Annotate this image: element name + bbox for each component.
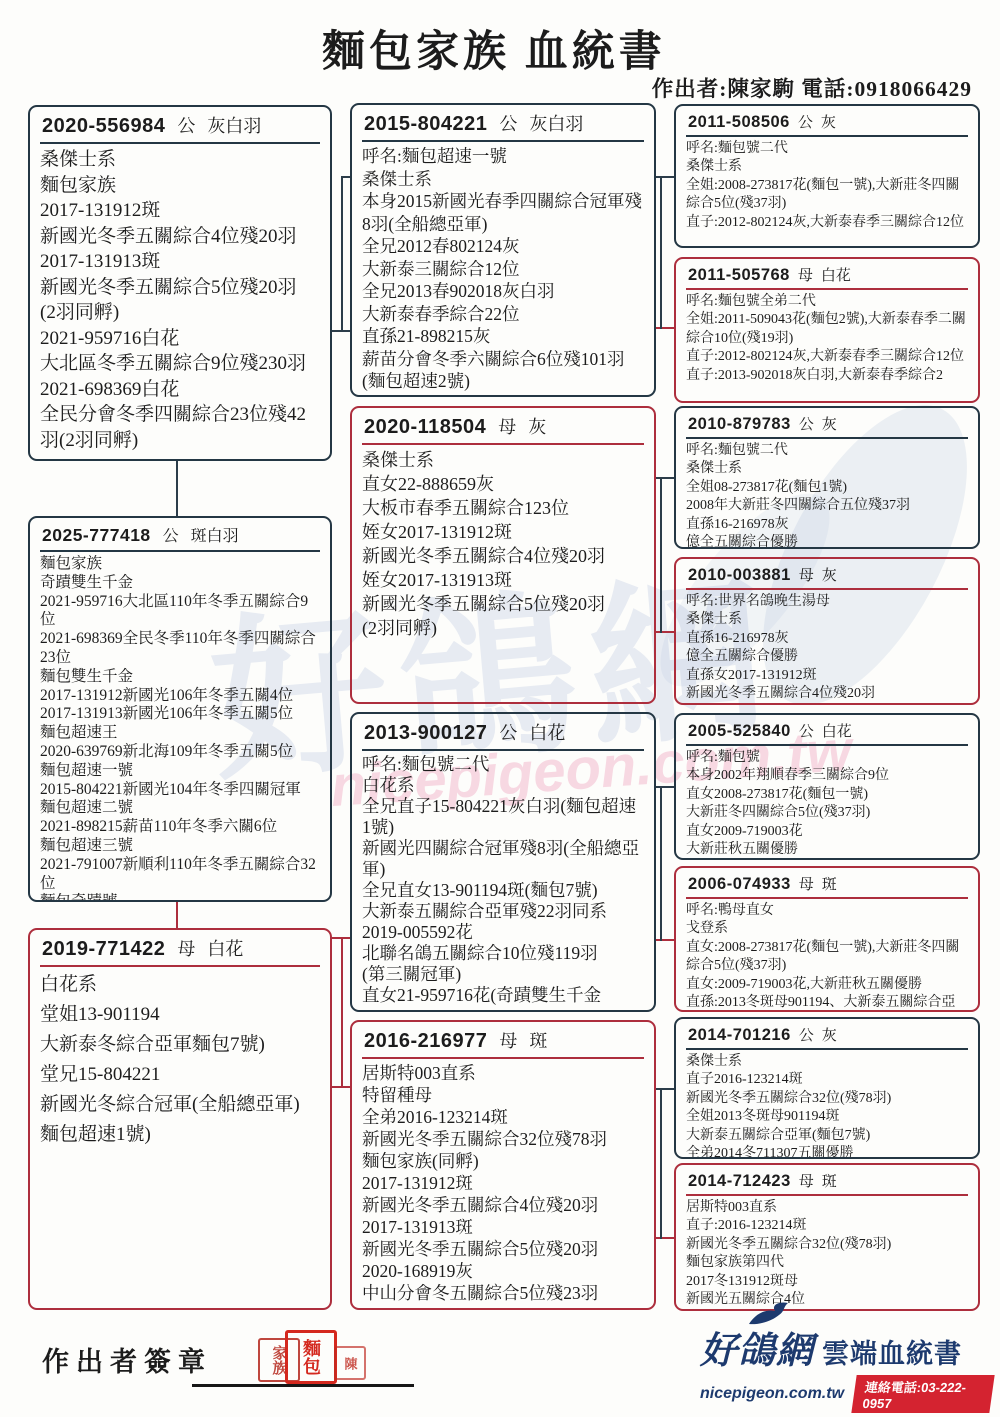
ring-number: 2015-804221 bbox=[364, 113, 487, 136]
ring-number: 2016-216977 bbox=[364, 1030, 487, 1053]
ring-number: 2010-003881 bbox=[688, 566, 791, 585]
sex-label: 公 bbox=[799, 1024, 814, 1045]
sex-label: 母 bbox=[798, 264, 813, 285]
connector-line bbox=[176, 902, 178, 928]
box-header: 2006-074933 母 斑 bbox=[686, 872, 968, 899]
ring-number: 2020-118504 bbox=[364, 416, 486, 439]
box-header: 2010-003881 母 灰 bbox=[686, 563, 968, 590]
ring-number: 2011-505768 bbox=[688, 266, 790, 285]
box-body: 麵包家族 奇蹟雙生千金 2021-959716大北區110年冬季五關綜合9位 2… bbox=[40, 552, 320, 902]
signature-line bbox=[192, 1384, 414, 1387]
feather-color-label: 灰 bbox=[528, 413, 546, 439]
feather-color-label: 白花 bbox=[821, 264, 851, 285]
feather-color-label: 斑 bbox=[822, 873, 837, 894]
box-header: 2011-505768 母 白花 bbox=[686, 263, 968, 290]
connector-line bbox=[176, 461, 178, 516]
family-seal-right: 麵包 bbox=[285, 1330, 337, 1384]
ring-number: 2025-777418 bbox=[42, 525, 151, 546]
box-body: 桑傑士系 麵包家族 2017-131912斑 新國光冬季五關綜合4位殘20羽 2… bbox=[40, 144, 320, 453]
box-header: 2005-525840 公 白花 bbox=[686, 719, 968, 746]
box-body: 呼名:鴨母直女 戈登系 直女:2008-273817花(麵包一號),大新莊冬四關… bbox=[686, 899, 968, 1012]
feather-color-label: 白花 bbox=[207, 935, 243, 961]
box-header: 2025-777418 公 斑白羽 bbox=[40, 522, 320, 552]
box-header: 2015-804221 公 灰白羽 bbox=[362, 109, 644, 142]
ring-number: 2005-525840 bbox=[688, 722, 791, 741]
feather-color-label: 灰白羽 bbox=[529, 110, 583, 136]
pedigree-box-2010-879783: 2010-879783 公 灰 呼名:麵包號二代 桑傑士系 全姐08-27381… bbox=[674, 406, 980, 549]
name-seal: 陳 bbox=[334, 1346, 366, 1380]
author-line: 作出者:陳家駒 電話:0918066429 bbox=[652, 72, 972, 103]
sex-label: 母 bbox=[499, 1027, 517, 1053]
box-body: 桑傑士系 直女22-888659灰 大板市春季五關綜合123位 姪女2017-1… bbox=[362, 445, 644, 640]
ring-number: 2010-879783 bbox=[688, 415, 791, 434]
pedigree-box-2014-712423: 2014-712423 母 斑 居斯特003直系 直子:2016-123214斑… bbox=[674, 1163, 980, 1311]
feather-color-label: 灰 bbox=[821, 111, 836, 132]
sex-label: 公 bbox=[163, 523, 179, 546]
pedigree-box-2020-118504: 2020-118504 母 灰 桑傑士系 直女22-888659灰 大板市春季五… bbox=[350, 406, 656, 704]
logo-brand-text: 好鴿網 bbox=[700, 1320, 814, 1374]
sex-label: 公 bbox=[499, 719, 517, 745]
sex-label: 母 bbox=[799, 564, 814, 585]
pedigree-box-2006-074933: 2006-074933 母 斑 呼名:鴨母直女 戈登系 直女:2008-2738… bbox=[674, 866, 980, 1012]
box-header: 2014-701216 公 灰 bbox=[686, 1023, 968, 1050]
box-header: 2019-771422 母 白花 bbox=[40, 934, 320, 967]
feather-color-label: 灰白羽 bbox=[207, 112, 261, 138]
box-body: 桑傑士系 直子2016-123214斑 新國光冬季五關綜合32位(殘78羽) 全… bbox=[686, 1050, 968, 1159]
pedigree-box-2025-777418: 2025-777418 公 斑白羽 麵包家族 奇蹟雙生千金 2021-95971… bbox=[28, 516, 332, 902]
pedigree-box-2005-525840: 2005-525840 公 白花 呼名:麵包號 本身2002年翔順春季三關綜合9… bbox=[674, 713, 980, 860]
box-body: 呼名:麵包號全弟二代 全姐:2011-509043花(麵包2號),大新泰春季二關… bbox=[686, 290, 968, 385]
connector-line bbox=[656, 477, 674, 479]
pedigree-document: 好鴿網 nicepigeon.com.tw 麵包家族 血統書 作出者:陳家駒 電… bbox=[0, 0, 1000, 1417]
connector-line bbox=[341, 937, 343, 1088]
pedigree-box-2019-771422: 2019-771422 母 白花 白花系 堂姐13-901194 大新泰冬綜合亞… bbox=[28, 928, 332, 1310]
connector-line bbox=[341, 176, 343, 332]
sex-label: 母 bbox=[799, 873, 814, 894]
connector-line bbox=[656, 631, 674, 633]
box-header: 2020-556984 公 灰白羽 bbox=[40, 111, 320, 144]
brand-logo: 好鴿網 雲端血統書 nicepigeon.com.tw 連絡電話:03-222-… bbox=[700, 1320, 992, 1413]
feather-color-label: 灰 bbox=[822, 564, 837, 585]
connector-line bbox=[660, 477, 662, 633]
page-title: 麵包家族 血統書 bbox=[322, 18, 666, 79]
ring-number: 2014-712423 bbox=[688, 1172, 791, 1191]
connector-line bbox=[660, 786, 662, 941]
connector-line bbox=[656, 1237, 674, 1239]
ring-number: 2020-556984 bbox=[42, 115, 165, 138]
connector-line bbox=[656, 327, 674, 329]
feather-color-label: 白花 bbox=[529, 719, 565, 745]
logo-url-text: nicepigeon.com.tw bbox=[700, 1385, 844, 1403]
connector-line bbox=[656, 786, 674, 788]
ring-number: 2019-771422 bbox=[42, 938, 165, 961]
ring-number: 2013-900127 bbox=[364, 722, 487, 745]
sex-label: 母 bbox=[177, 935, 195, 961]
sex-label: 公 bbox=[177, 112, 195, 138]
box-header: 2016-216977 母 斑 bbox=[362, 1026, 644, 1059]
connector-line bbox=[656, 1088, 674, 1090]
box-body: 白花系 堂姐13-901194 大新泰冬綜合亞軍麵包7號) 堂兄15-80422… bbox=[40, 967, 320, 1150]
sex-label: 母 bbox=[799, 1170, 814, 1191]
sex-label: 公 bbox=[499, 110, 517, 136]
connector-line bbox=[660, 1088, 662, 1239]
pedigree-box-2015-804221: 2015-804221 公 灰白羽 呼名:麵包超速一號 桑傑士系 本身2015新… bbox=[350, 103, 656, 397]
pedigree-box-2016-216977: 2016-216977 母 斑 居斯特003直系 特留種母 全弟2016-123… bbox=[350, 1020, 656, 1310]
box-body: 呼名:麵包號 本身2002年翔順春季三關綜合9位 直女2008-273817花(… bbox=[686, 746, 968, 859]
box-body: 居斯特003直系 直子:2016-123214斑 新國光冬季五關綜合32位(殘7… bbox=[686, 1196, 968, 1309]
box-body: 呼名:世界名鴿晚生湯母 桑傑士系 直孫16-216978灰 億全五關綜合優勝 直… bbox=[686, 590, 968, 703]
feather-color-label: 斑白羽 bbox=[191, 523, 239, 546]
box-header: 2020-118504 母 灰 bbox=[362, 412, 644, 445]
sex-label: 母 bbox=[498, 413, 516, 439]
sex-label: 公 bbox=[799, 413, 814, 434]
pedigree-box-2011-508506: 2011-508506 公 灰 呼名:麵包號二代 桑傑士系 全姐:2008-27… bbox=[674, 104, 980, 248]
connector-line bbox=[656, 939, 674, 941]
box-body: 呼名:麵包號二代 桑傑士系 全姐:2008-273817花(麵包一號),大新莊冬… bbox=[686, 137, 968, 232]
connector-line bbox=[656, 176, 674, 178]
box-header: 2014-712423 母 斑 bbox=[686, 1169, 968, 1196]
box-body: 呼名:麵包號二代 桑傑士系 全姐08-273817花(麵包1號) 2008年大新… bbox=[686, 439, 968, 549]
feather-color-label: 斑 bbox=[822, 1170, 837, 1191]
feather-color-label: 白花 bbox=[822, 720, 852, 741]
logo-product-text: 雲端血統書 bbox=[822, 1332, 962, 1371]
feather-color-label: 斑 bbox=[529, 1027, 547, 1053]
box-body: 呼名:麵包號二代 白花系 全兄直子15-804221灰白羽(麵包超速1號) 新國… bbox=[362, 751, 644, 1006]
ring-number: 2014-701216 bbox=[688, 1026, 791, 1045]
pedigree-box-2014-701216: 2014-701216 公 灰 桑傑士系 直子2016-123214斑 新國光冬… bbox=[674, 1017, 980, 1159]
signature-label: 作出者簽章 bbox=[42, 1340, 212, 1379]
feather-color-label: 灰 bbox=[822, 413, 837, 434]
pedigree-box-2020-556984: 2020-556984 公 灰白羽 桑傑士系 麵包家族 2017-131912斑… bbox=[28, 105, 332, 461]
pedigree-box-2011-505768: 2011-505768 母 白花 呼名:麵包號全弟二代 全姐:2011-5090… bbox=[674, 257, 980, 403]
pedigree-box-2013-900127: 2013-900127 公 白花 呼名:麵包號二代 白花系 全兄直子15-804… bbox=[350, 712, 656, 1012]
ring-number: 2006-074933 bbox=[688, 875, 791, 894]
pedigree-box-2010-003881: 2010-003881 母 灰 呼名:世界名鴿晚生湯母 桑傑士系 直孫16-21… bbox=[674, 557, 980, 705]
sex-label: 公 bbox=[798, 111, 813, 132]
box-header: 2010-879783 公 灰 bbox=[686, 412, 968, 439]
box-body: 呼名:麵包超速一號 桑傑士系 本身2015新國光春季四關綜合冠軍殘8羽(全船總亞… bbox=[362, 142, 644, 393]
box-body: 居斯特003直系 特留種母 全弟2016-123214斑 新國光冬季五關綜合32… bbox=[362, 1059, 644, 1304]
box-header: 2013-900127 公 白花 bbox=[362, 718, 644, 751]
box-header: 2011-508506 公 灰 bbox=[686, 110, 968, 137]
sex-label: 公 bbox=[799, 720, 814, 741]
logo-phone-badge: 連絡電話:03-222-0957 bbox=[851, 1375, 994, 1413]
connector-line bbox=[660, 176, 662, 329]
feather-color-label: 灰 bbox=[822, 1024, 837, 1045]
ring-number: 2011-508506 bbox=[688, 113, 790, 132]
